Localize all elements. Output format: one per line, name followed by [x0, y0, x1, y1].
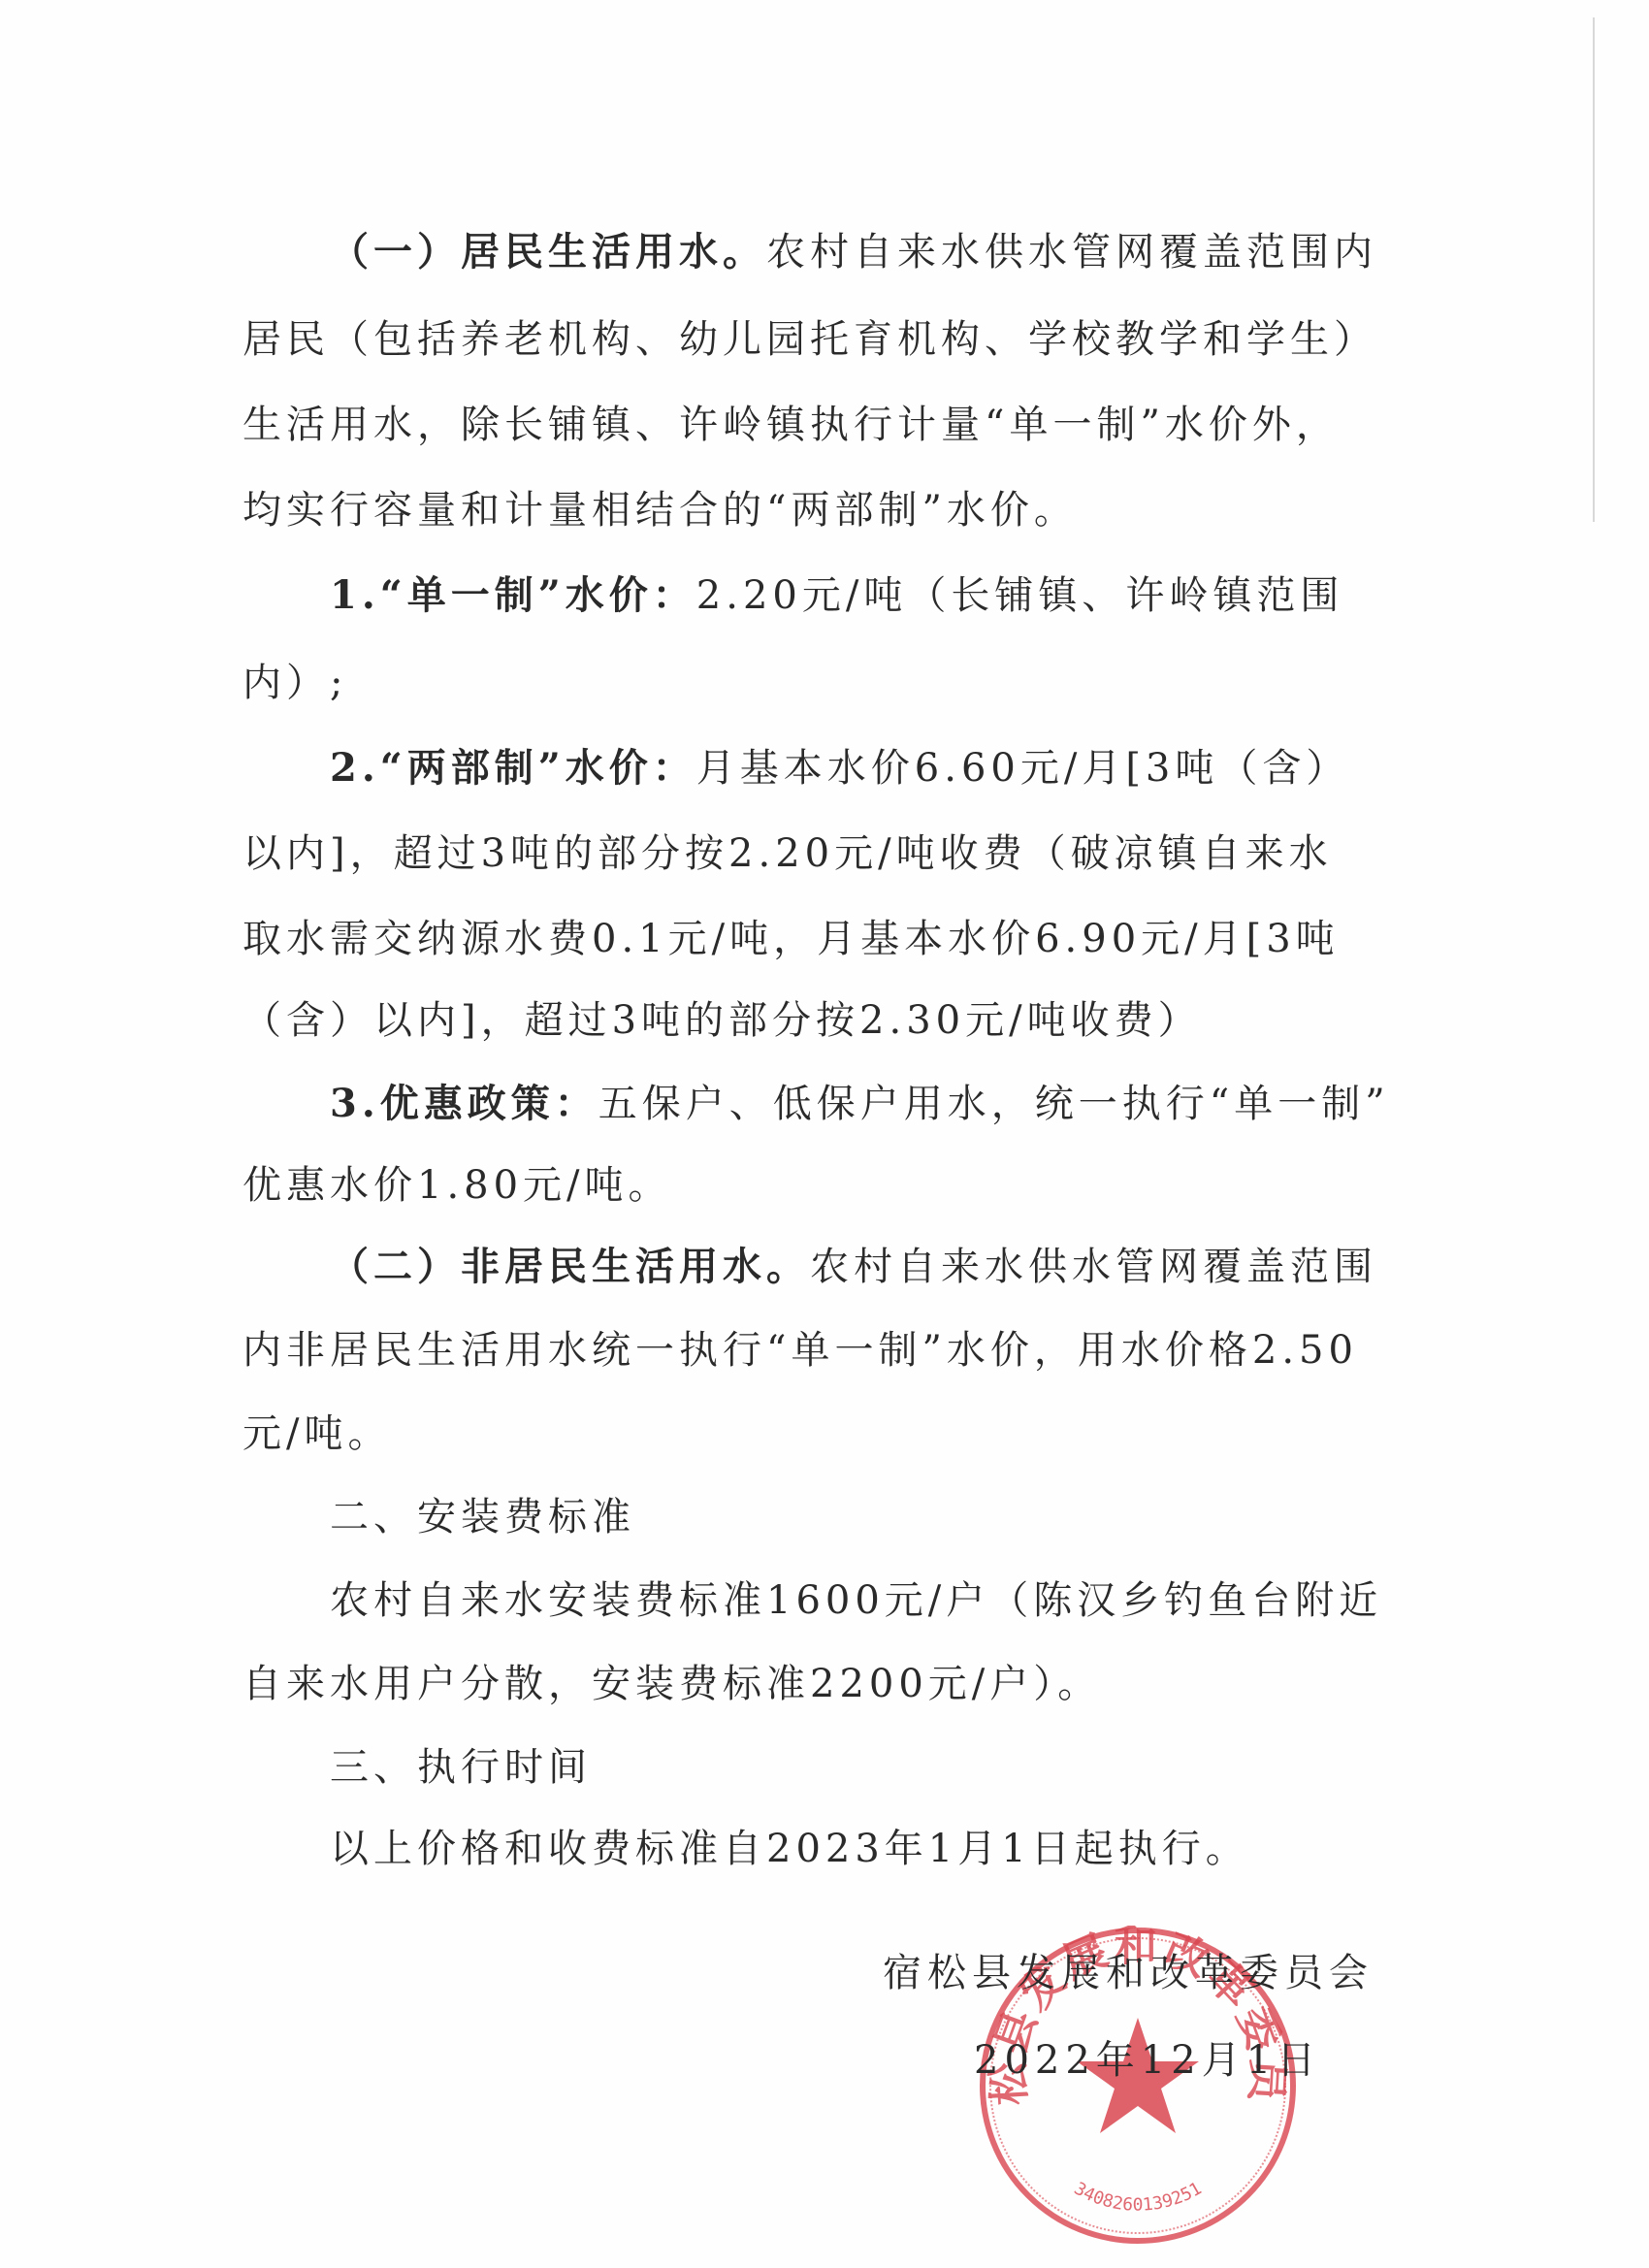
item-2-label: 2.“两部制”水价：: [330, 745, 696, 791]
item-2-line-3: 取水需交纳源水费0.1元/吨，月基本水价6.90元/月[3吨: [242, 916, 1340, 962]
section-1-2-line-3: 元/吨。: [242, 1410, 391, 1457]
item-2-line-2: 以内]，超过3吨的部分按2.20元/吨收费（破凉镇自来水: [242, 830, 1333, 877]
section-3-heading: 三、执行时间: [330, 1744, 592, 1791]
item-2-line-1: 2.“两部制”水价：月基本水价6.60元/月[3吨（含）: [330, 745, 1349, 792]
svg-text:3408260139251: 3408260139251: [1071, 2179, 1206, 2216]
item-2-line-4: （含）以内]，超过3吨的部分按2.30元/吨收费）: [242, 997, 1202, 1044]
signature-organization: 宿松县发展和改革委员会: [883, 1950, 1374, 1996]
document-page: （一）居民生活用水。农村自来水供水管网覆盖范围内 居民（包括养老机构、幼儿园托育…: [0, 0, 1649, 2268]
section-3-line-1: 以上价格和收费标准自2023年1月1日起执行。: [330, 1826, 1249, 1872]
section-1-1-line-3: 生活用水，除长铺镇、许岭镇执行计量“单一制”水价外，: [242, 402, 1340, 448]
item-3-label: 3.优惠政策：: [330, 1081, 598, 1126]
section-2-heading: 二、安装费标准: [330, 1494, 635, 1540]
section-1-2-line-2: 内非居民生活用水统一执行“单一制”水价，用水价格2.50: [242, 1327, 1358, 1374]
section-2-line-1: 农村自来水安装费标准1600元/户（陈汉乡钓鱼台附近: [330, 1577, 1382, 1624]
section-1-2-heading: （二）非居民生活用水。: [330, 1244, 810, 1289]
item-1-line-2: 内）;: [242, 660, 347, 706]
section-2-line-2: 自来水用户分散，安装费标准2200元/户）。: [242, 1661, 1101, 1707]
section-1-1-line-2: 居民（包括养老机构、幼儿园托育机构、学校教学和学生）: [242, 316, 1377, 363]
signature-date: 2022年12月1日: [974, 2037, 1321, 2084]
section-1-1-heading: （一）居民生活用水。: [330, 229, 766, 275]
section-1-1-line-4: 均实行容量和计量相结合的“两部制”水价。: [242, 487, 1078, 534]
section-1-2-line-1: （二）非居民生活用水。农村自来水供水管网覆盖范围: [330, 1244, 1377, 1290]
item-1-label: 1.“单一制”水价：: [330, 572, 696, 618]
section-1-1-line-1: （一）居民生活用水。农村自来水供水管网覆盖范围内: [330, 229, 1377, 275]
item-3-line-2: 优惠水价1.80元/吨。: [242, 1162, 672, 1209]
item-1-line-1: 1.“单一制”水价：2.20元/吨（长铺镇、许岭镇范围: [330, 572, 1343, 619]
scan-edge-line: [1593, 17, 1595, 522]
item-3-line-1: 3.优惠政策：五保户、低保户用水，统一执行“单一制”: [330, 1081, 1390, 1127]
